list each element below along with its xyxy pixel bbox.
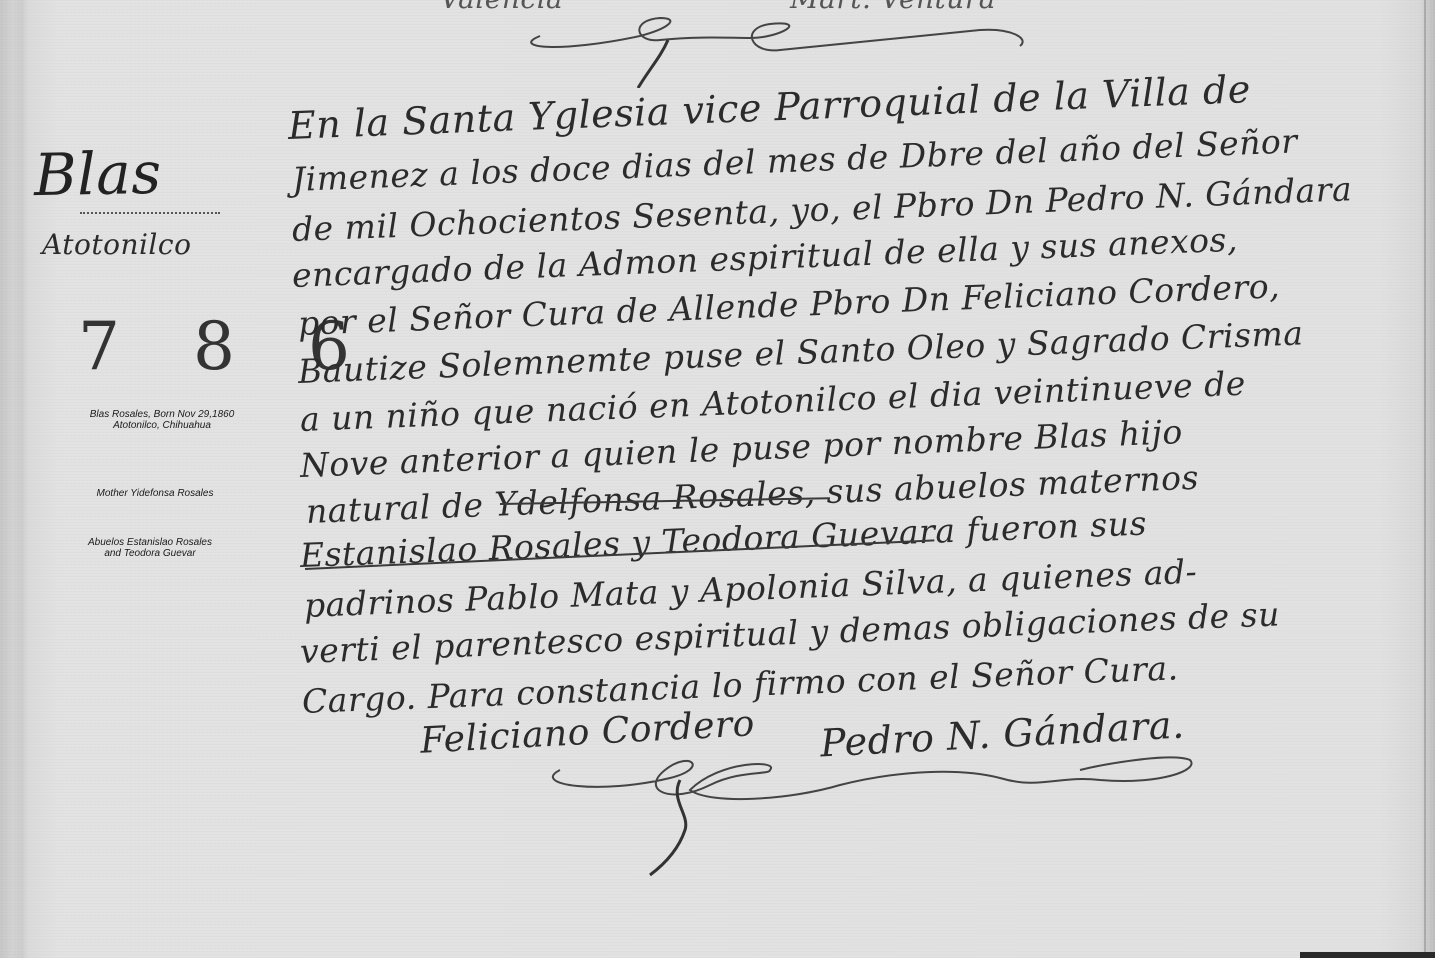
signature-flourish <box>540 740 1220 880</box>
annotation-grandparents: Abuelos Estanislao Rosales and Teodora G… <box>50 537 250 559</box>
annotation-birth-line-1: Blas Rosales, Born Nov 29,1860 <box>62 409 262 420</box>
annotation-grandparents-line-2: and Teodora Guevar <box>50 548 250 559</box>
scanned-document-page: Valencia Mart. Ventura Blas Atotonilco 7… <box>0 0 1435 958</box>
page-edge-shadow <box>1300 952 1435 958</box>
margin-child-name: Blas <box>33 139 162 209</box>
top-flourish <box>520 8 1040 88</box>
page-gutter <box>1424 0 1426 958</box>
margin-birthplace: Atotonilco <box>42 228 191 261</box>
annotation-birth: Blas Rosales, Born Nov 29,1860 Atotonilc… <box>62 409 262 431</box>
margin-dotted-rule <box>80 212 220 214</box>
annotation-birth-line-2: Atotonilco, Chihuahua <box>62 420 262 431</box>
annotation-grandparents-line-1: Abuelos Estanislao Rosales <box>50 537 250 548</box>
annotation-mother: Mother Yidefonsa Rosales <box>55 488 255 499</box>
